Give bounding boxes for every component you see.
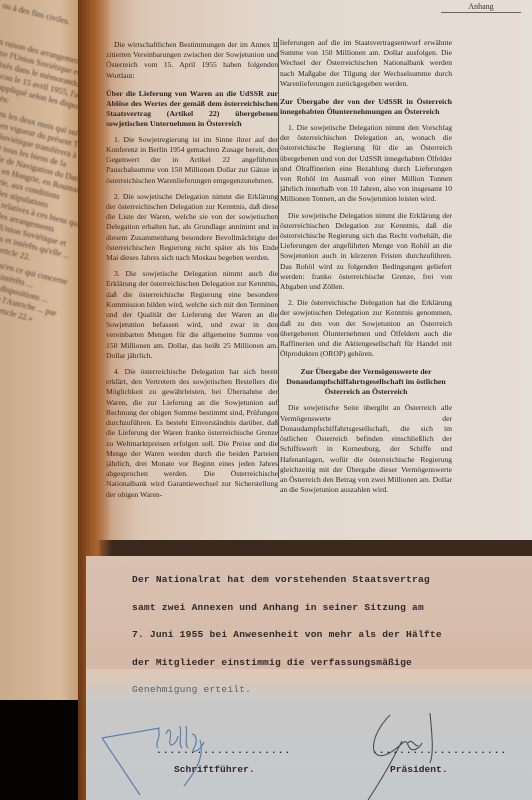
typed-line: der Mitglieder einstimmig die verfassung… [132, 649, 527, 677]
paragraph-1: 1. Die Sowjetregierung ist im Sinne ihre… [106, 135, 278, 186]
typed-line: Der Nationalrat hat dem vorstehenden Sta… [132, 566, 527, 594]
signature-block-praesident: .................... Präsident. [372, 745, 507, 775]
background-dark-corner [0, 700, 80, 800]
signatory-label: Schriftführer. [156, 764, 291, 775]
intro-paragraph: Die wirtschaftlichen Bestimmungen der im… [106, 40, 278, 81]
paragraph-3: 3. Die sowjetische Delegation nimmt auch… [106, 269, 278, 361]
column-right: lieferungen auf die im Staatsvertragsent… [280, 38, 452, 501]
paragraph-2: 2. Die sowjetische Delegation nimmt die … [106, 192, 278, 263]
paragraph-oel-1: 1. Die sowjetische Delegation nimmt den … [280, 123, 452, 205]
paragraph-oel-2: 2. Die österreichische Delegation hat di… [280, 298, 452, 359]
signature-block-schriftfuehrer: .................... Schriftführer. [156, 745, 291, 775]
paragraph-4: 4. Die österreichische Delegation hat si… [106, 367, 278, 500]
typed-line: 7. Juni 1955 bei Anwesenheit von mehr al… [132, 621, 527, 649]
column-divider [278, 38, 279, 478]
section-heading-ddsg: Zur Übergabe der Vermögenswerte der Dona… [280, 367, 452, 397]
signatory-label: Präsident. [372, 764, 507, 775]
ratification-text: Der Nationalrat hat dem vorstehenden Sta… [132, 566, 527, 704]
paragraph-oel-1b: Die sowjetische Delegation nimmt die Erk… [280, 211, 452, 293]
typed-line: Genehmigung erteilt. [132, 676, 527, 704]
running-head: Anhang [441, 2, 521, 13]
column-left: Die wirtschaftlichen Bestimmungen der im… [106, 40, 278, 506]
book-page-anhang: Anhang Die wirtschaftlichen Bestimmungen… [96, 0, 532, 540]
section-heading-oelunternehmungen: Zur Übergabe der von der UdSSR in Österr… [280, 97, 452, 117]
section-heading-warenlieferung: Über die Lieferung von Waren an die UdSS… [106, 89, 278, 129]
signature-dotted-line: .................... [372, 745, 507, 756]
typed-line: samt zwei Annexen und Anhang in seiner S… [132, 594, 527, 622]
signature-dotted-line: .................... [156, 745, 291, 756]
continuation-paragraph: lieferungen auf die im Staatsvertragsent… [280, 38, 452, 89]
paragraph-ddsg: Die sowjetische Seite übergibt an Österr… [280, 403, 452, 495]
